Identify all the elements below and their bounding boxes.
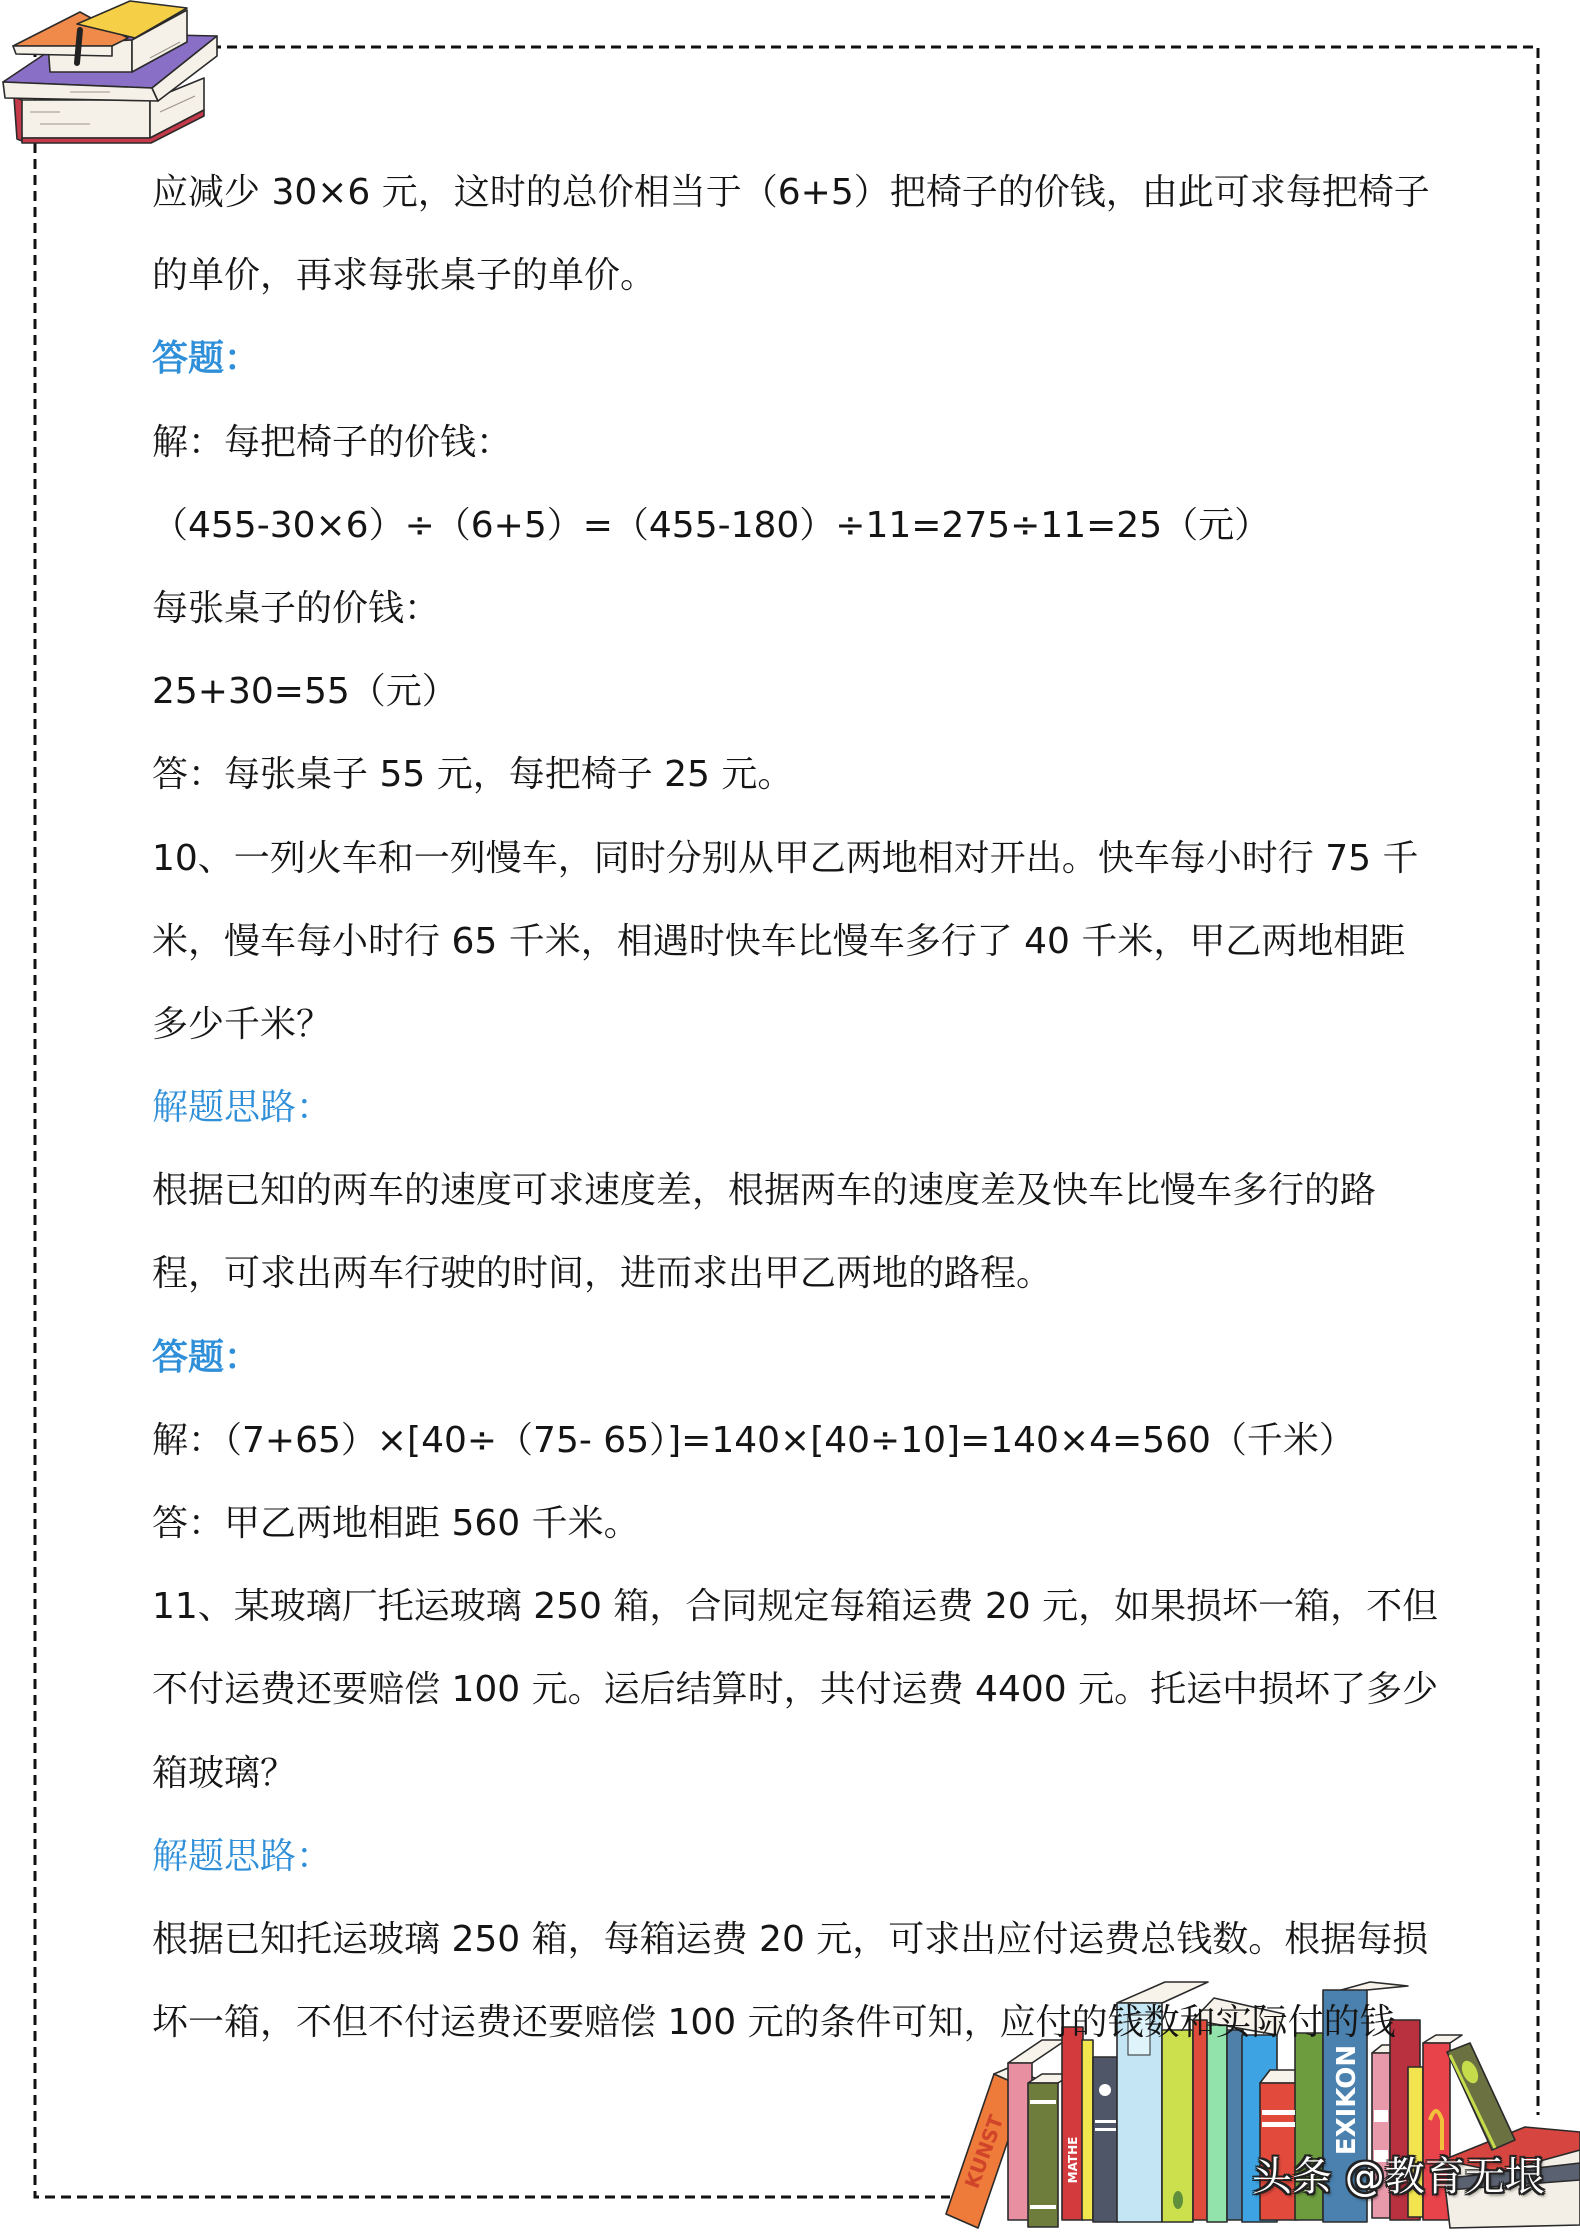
question-line: 米，慢车每小时行 65 千米，相遇时快车比慢车多行了 40 千米，甲乙两地相距: [152, 900, 1532, 983]
approach-heading: 解题思路：: [152, 1815, 1532, 1898]
approach-line: 坏一箱，不但不付运费还要赔偿 100 元的条件可知，应付的钱数和实际付的钱: [152, 1981, 1532, 2064]
question-line: 多少千米？: [152, 983, 1532, 1066]
paragraph-line: 应减少 30×6 元，这时的总价相当于（6+5）把椅子的价钱，由此可求每把椅子: [152, 151, 1532, 234]
approach-line: 根据已知托运玻璃 250 箱，每箱运费 20 元，可求出应付运费总钱数。根据每损: [152, 1898, 1532, 1981]
approach-line: 程，可求出两车行驶的时间，进而求出甲乙两地的路程。: [152, 1232, 1532, 1315]
solution-line: 每张桌子的价钱：: [152, 567, 1532, 650]
spine-label-mathe: MATHE: [1066, 2137, 1080, 2184]
paragraph-line: 的单价，再求每张桌子的单价。: [152, 234, 1532, 317]
approach-line: 根据已知的两车的速度可求速度差，根据两车的速度差及快车比慢车多行的路: [152, 1149, 1532, 1232]
formula-line: （455-30×6）÷（6+5）=（455-180）÷11=275÷11=25（…: [152, 484, 1532, 567]
question-line: 10、一列火车和一列慢车，同时分别从甲乙两地相对开出。快车每小时行 75 千: [152, 817, 1532, 900]
watermark: 头条 @教育无垠: [1252, 2152, 1545, 2202]
answer-heading: 答题：: [152, 1316, 1532, 1399]
answer-heading: 答题：: [152, 317, 1532, 400]
formula-line: 解：（7+65）×[40÷（75- 65）]=140×[40÷10]=140×4…: [152, 1399, 1532, 1482]
question-line: 11、某玻璃厂托运玻璃 250 箱，合同规定每箱运费 20 元，如果损坏一箱，不…: [152, 1565, 1532, 1648]
book-stack-icon: [0, 0, 220, 145]
answer-line: 答：甲乙两地相距 560 千米。: [152, 1482, 1532, 1565]
question-line: 不付运费还要赔偿 100 元。运后结算时，共付运费 4400 元。托运中损坏了多…: [152, 1648, 1532, 1731]
formula-line: 25+30=55（元）: [152, 650, 1532, 733]
solution-line: 解：每把椅子的价钱：: [152, 401, 1532, 484]
document-body: 应减少 30×6 元，这时的总价相当于（6+5）把椅子的价钱，由此可求每把椅子 …: [152, 151, 1532, 2064]
answer-line: 答：每张桌子 55 元，每把椅子 25 元。: [152, 733, 1532, 816]
approach-heading: 解题思路：: [152, 1066, 1532, 1149]
question-line: 箱玻璃？: [152, 1732, 1532, 1815]
